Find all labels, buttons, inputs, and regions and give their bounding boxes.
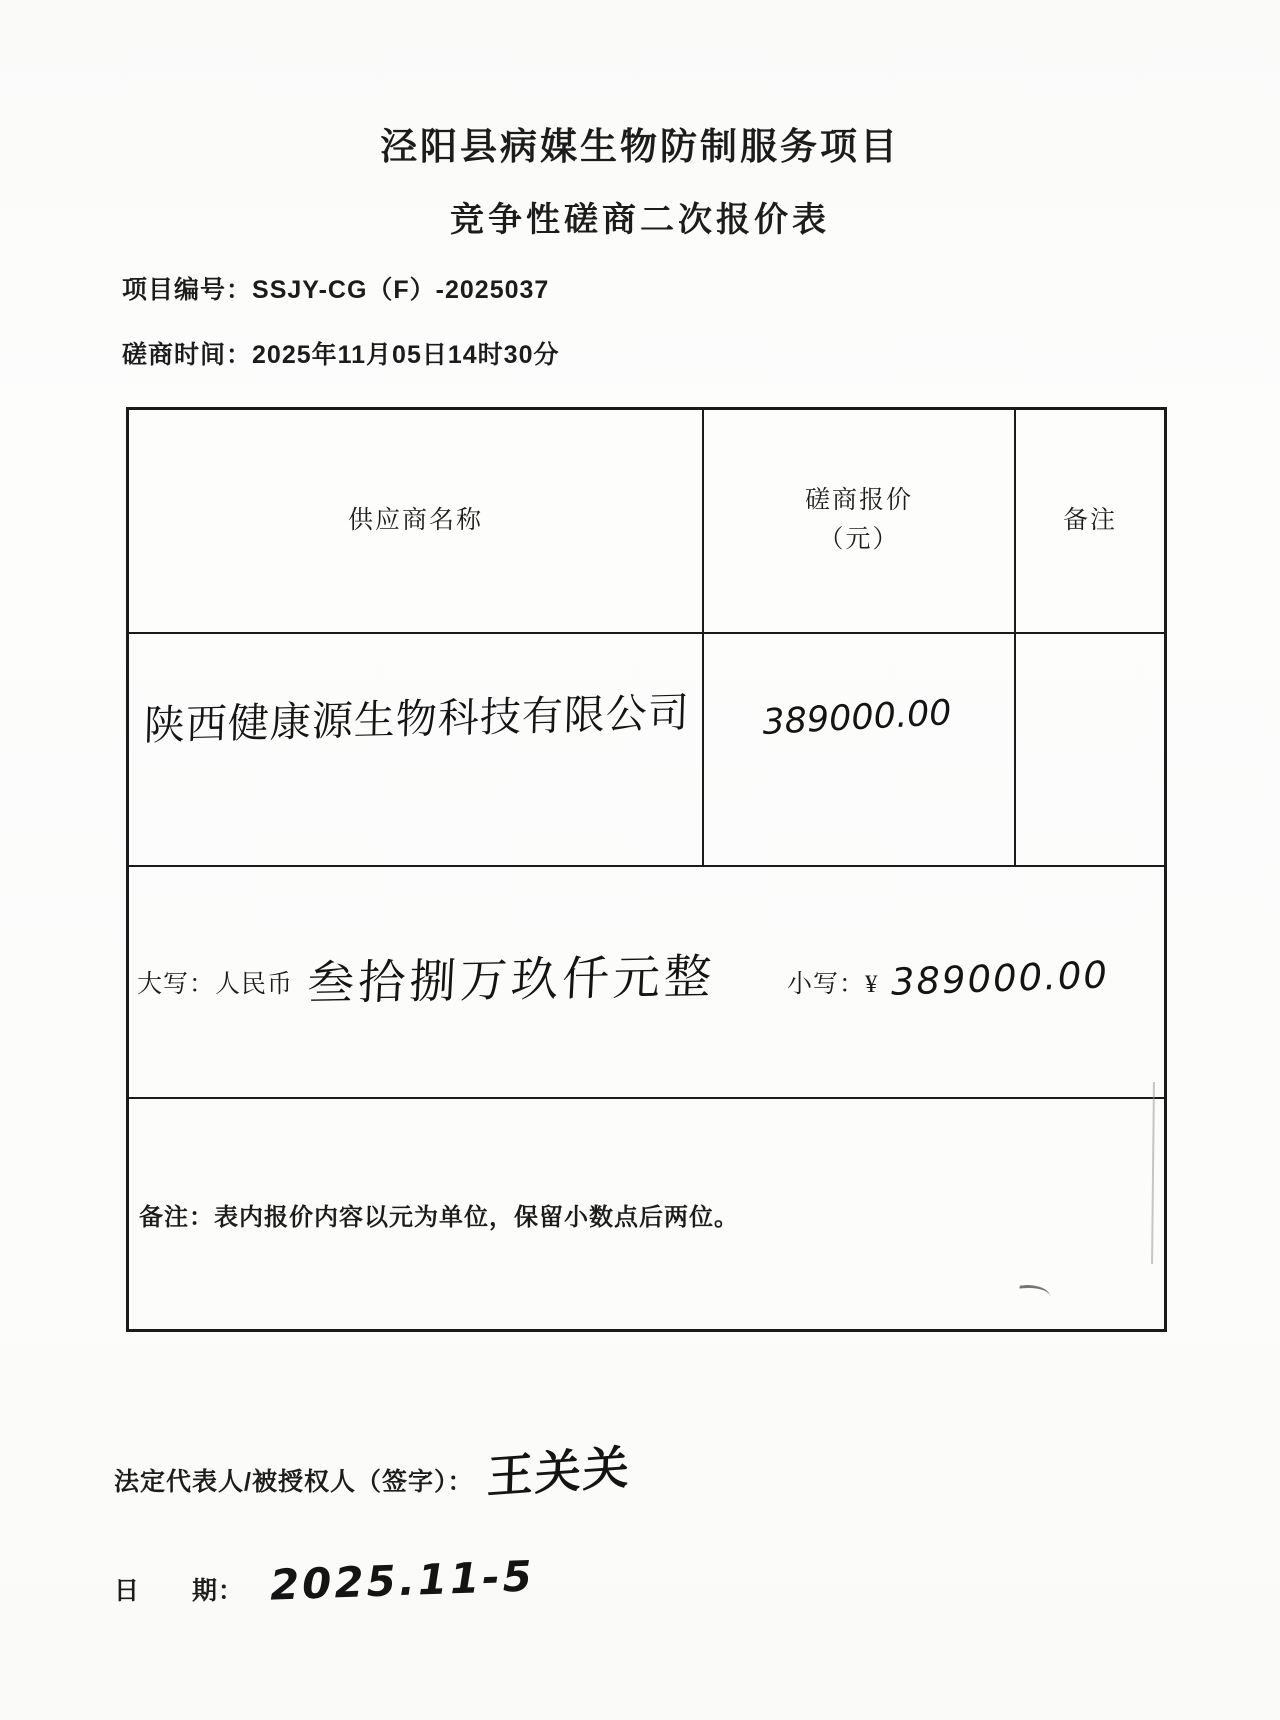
date-line: 日 期：2025.11-5 bbox=[114, 1560, 535, 1609]
remark-cell bbox=[1016, 634, 1164, 867]
column-header-quote-line2: （元） bbox=[818, 521, 899, 560]
quotation-table: 供应商名称 磋商报价 （元） 备注 陕西健康源生物科技有限公司 389000.0… bbox=[126, 407, 1167, 1332]
column-header-quote-line1: 磋商报价 bbox=[805, 482, 913, 521]
column-header-quote: 磋商报价 （元） bbox=[704, 410, 1016, 634]
negotiation-time-line: 磋商时间：2025年11月05日14时30分 bbox=[122, 335, 559, 371]
amount-row: 大写：人民币 叁拾捌万玖仟元整 小写：¥ 389000.00 bbox=[129, 867, 1164, 1099]
column-header-supplier: 供应商名称 bbox=[129, 410, 704, 634]
uppercase-amount-label: 大写：人民币 bbox=[137, 964, 293, 1000]
uppercase-amount-handwritten: 叁拾捌万玖仟元整 bbox=[306, 939, 717, 1013]
page-subtitle: 竞争性磋商二次报价表 bbox=[0, 192, 1280, 241]
table-note-row: 备注：表内报价内容以元为单位，保留小数点后两位。 bbox=[129, 1099, 1164, 1329]
signature-handwritten: 王关关 bbox=[487, 1431, 633, 1507]
project-number-label: 项目编号： bbox=[122, 276, 252, 304]
quote-handwritten: 389000.00 bbox=[762, 693, 953, 743]
column-header-remark: 备注 bbox=[1016, 410, 1164, 634]
quote-cell: 389000.00 bbox=[704, 634, 1016, 867]
project-number-value: SSJY-CG（F）-2025037 bbox=[252, 276, 549, 304]
project-number-line: 项目编号：SSJY-CG（F）-2025037 bbox=[122, 270, 549, 306]
date-label: 日 期： bbox=[114, 1577, 244, 1605]
date-handwritten: 2025.11-5 bbox=[269, 1551, 536, 1609]
lowercase-amount-label: 小写：¥ bbox=[787, 964, 879, 1000]
signature-line: 法定代表人/被授权人（签字）：王关关 bbox=[114, 1438, 631, 1504]
supplier-name-handwritten: 陕西健康源生物科技有限公司 bbox=[143, 679, 690, 751]
negotiation-time-value: 2025年11月05日14时30分 bbox=[252, 341, 559, 369]
page-title: 泾阳县病媒生物防制服务项目 bbox=[0, 116, 1280, 170]
negotiation-time-label: 磋商时间： bbox=[122, 341, 252, 369]
signature-label: 法定代表人/被授权人（签字）： bbox=[114, 1468, 473, 1496]
lowercase-amount-handwritten: 389000.00 bbox=[890, 953, 1109, 1004]
scanned-quotation-document: 泾阳县病媒生物防制服务项目 竞争性磋商二次报价表 项目编号：SSJY-CG（F）… bbox=[0, 0, 1280, 1720]
supplier-name-cell: 陕西健康源生物科技有限公司 bbox=[129, 634, 704, 867]
